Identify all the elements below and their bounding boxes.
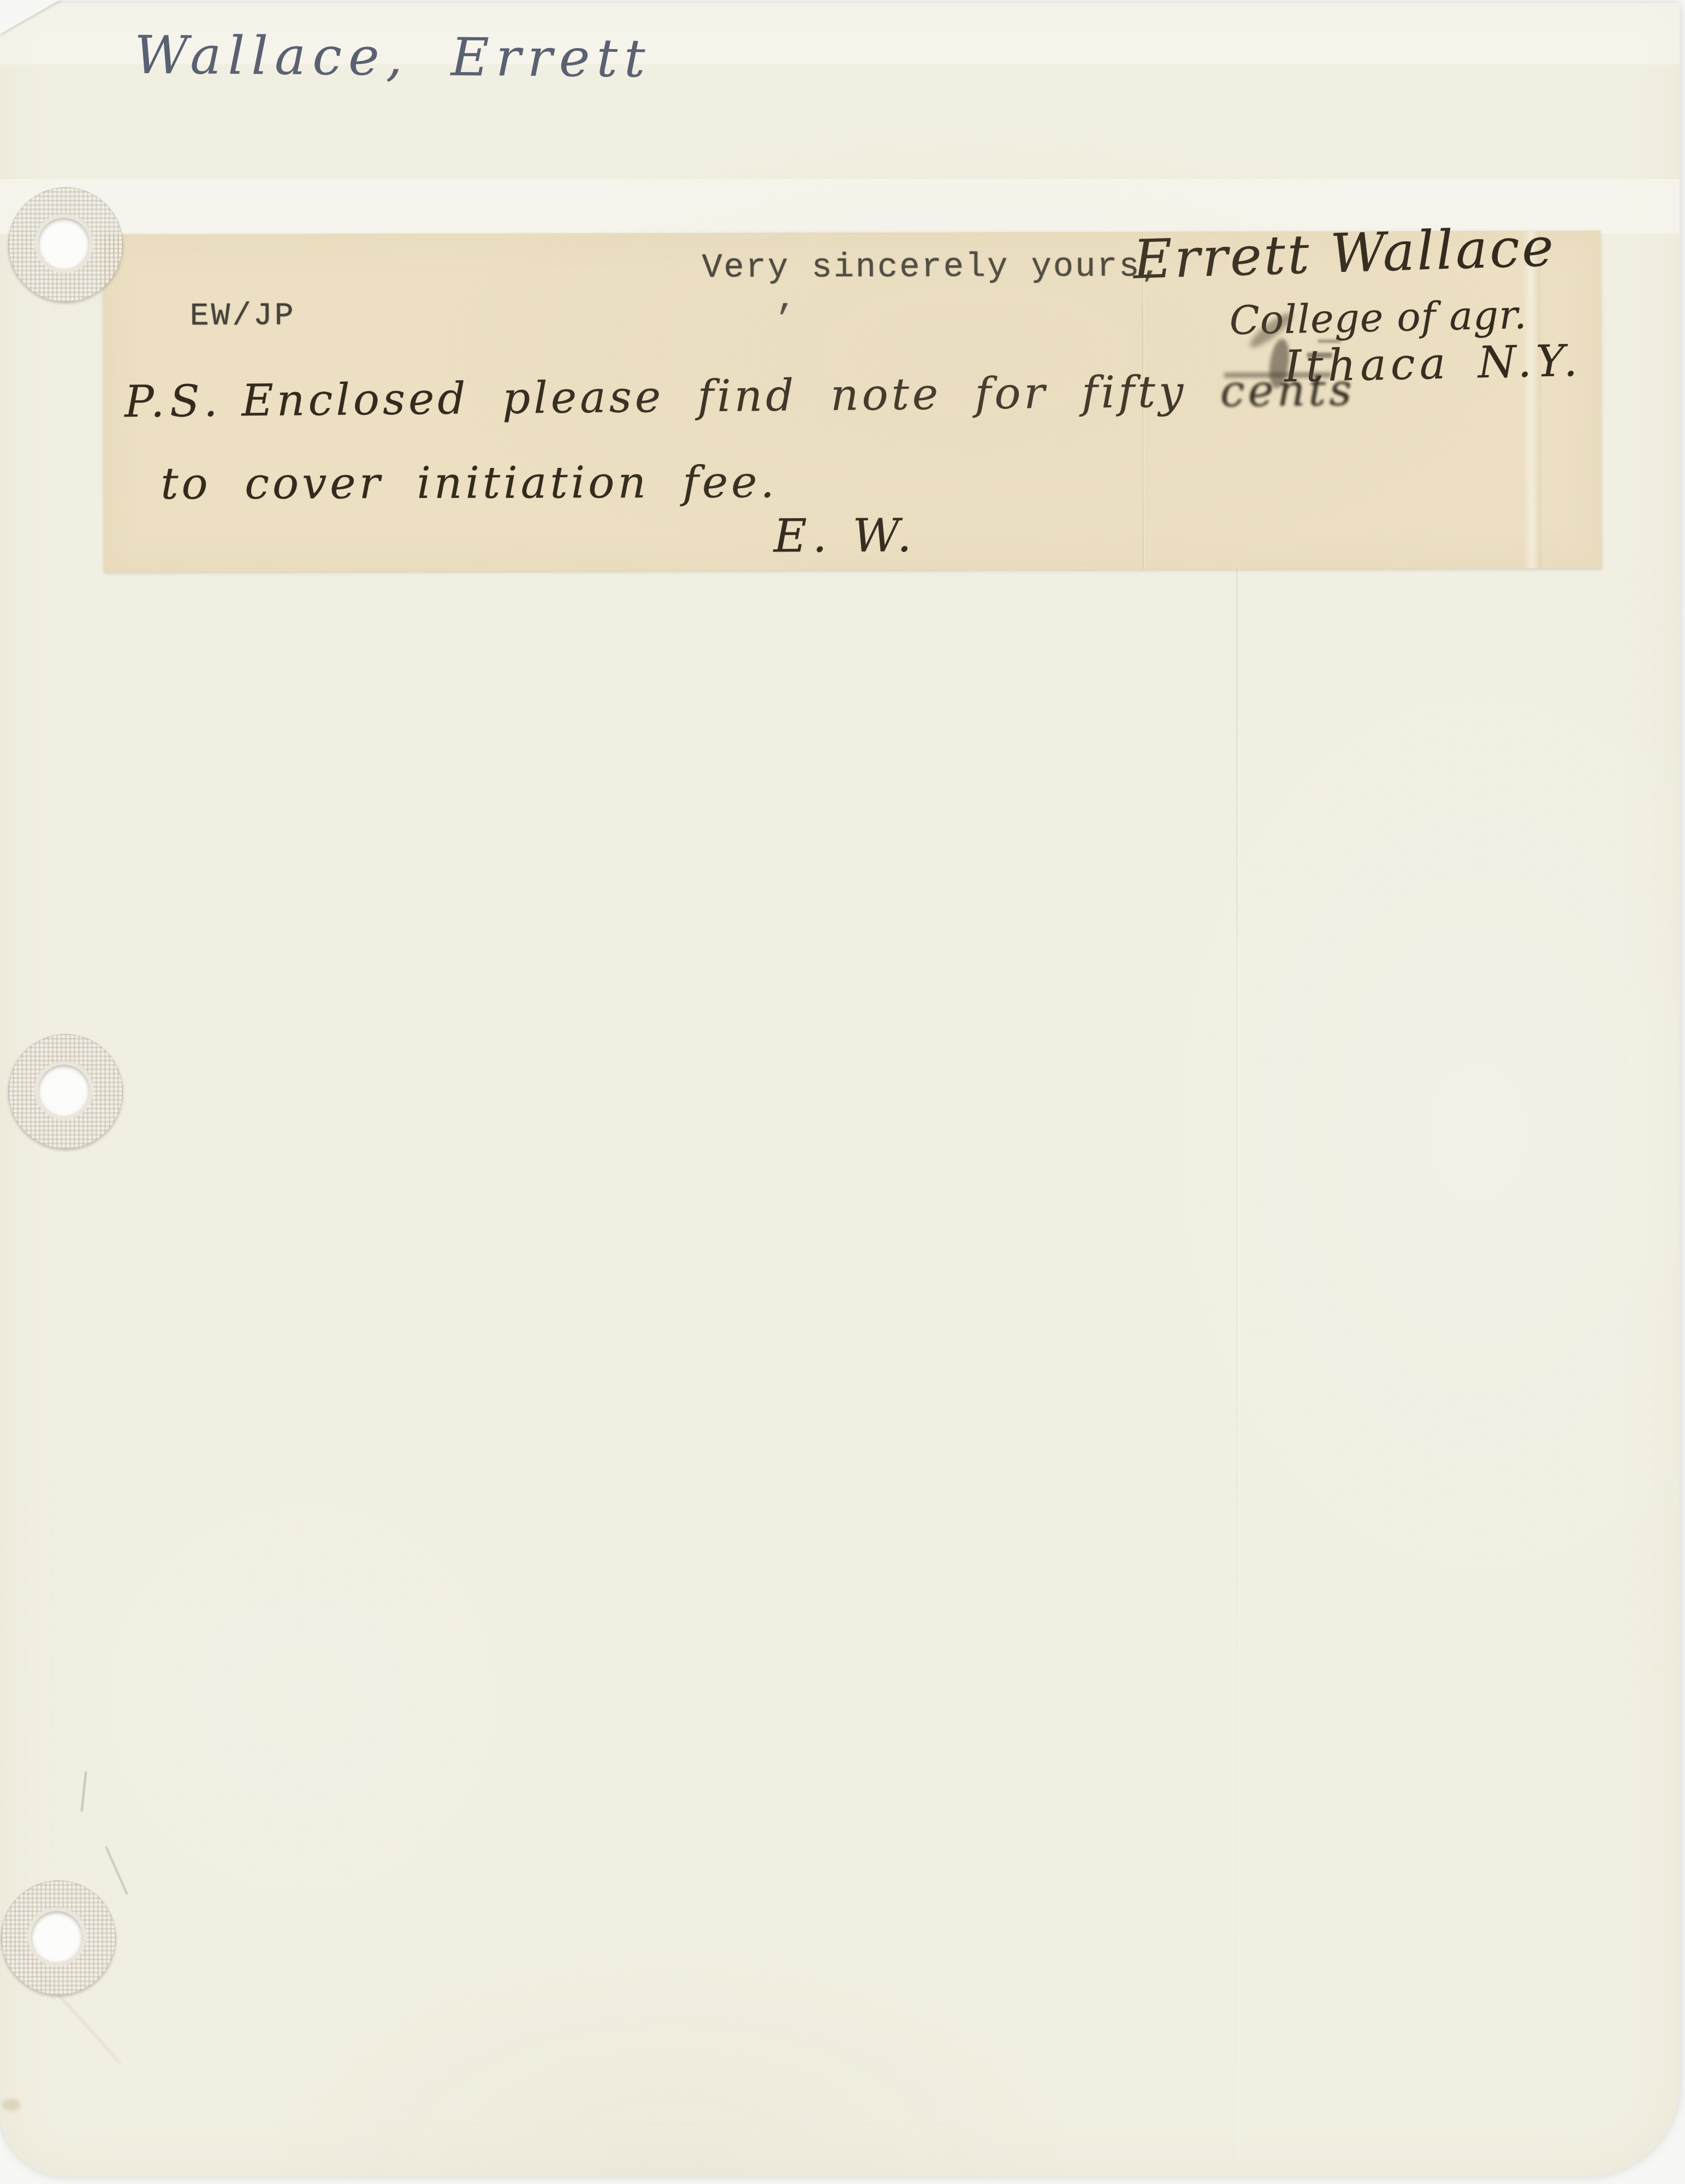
pencil-scratch [105, 1847, 128, 1895]
hole-reinforcement-ring [8, 187, 123, 302]
postscript-line-1: P.S.Enclosed please find note for fifty … [124, 365, 1355, 428]
punch-hole [31, 1911, 82, 1962]
closing-line: Very sincerely yours, [702, 247, 1163, 287]
hole-reinforcement-ring [1, 1880, 116, 1995]
vertical-crease [1236, 555, 1238, 2160]
signature-affiliation: College of agr. [1229, 292, 1528, 343]
index-annotation-pencil: Wallace, Errett [134, 25, 652, 90]
hole-reinforcement-ring [8, 1034, 123, 1149]
signature-name: Errett Wallace [1132, 216, 1557, 292]
notebook-page: Wallace, Errett EW/JP Very sincerely you… [0, 3, 1680, 2176]
postscript-text: Enclosed please find note for fifty [241, 366, 1187, 426]
punch-hole [38, 1065, 90, 1116]
stray-comma-mark: , [776, 280, 796, 318]
top-left-corner-fold [0, 0, 61, 34]
postscript-initials: E. W. [774, 509, 917, 563]
clipping-crease [1522, 231, 1541, 568]
scanned-document: Wallace, Errett EW/JP Very sincerely you… [0, 0, 1685, 2184]
typist-initials: EW/JP [190, 299, 296, 335]
paper-stain [2, 2099, 21, 2111]
postscript-line-2: to cover initiation fee. [161, 456, 778, 509]
pencil-scratch [81, 1771, 87, 1812]
punch-hole [38, 218, 90, 269]
postscript-label: P.S. [124, 376, 223, 428]
pasted-letter-clipping: EW/JP Very sincerely yours, , Errett Wal… [103, 230, 1601, 572]
postscript-smudged-word: cents [1220, 365, 1355, 417]
